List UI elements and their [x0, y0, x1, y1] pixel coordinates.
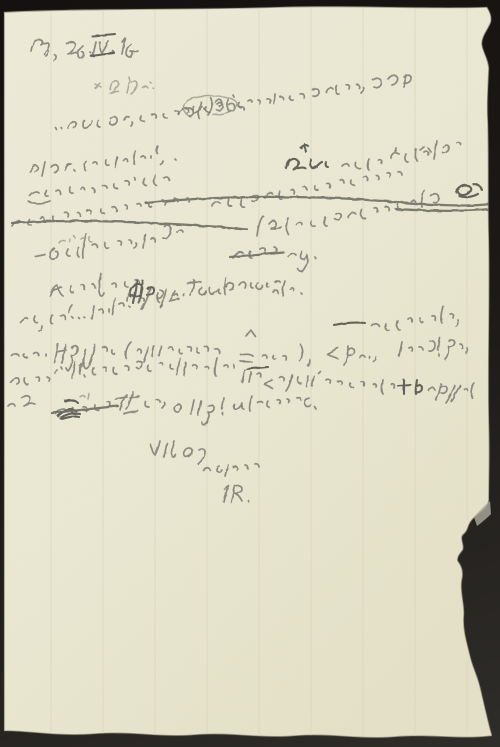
photograph-of-handwritten-note [0, 0, 500, 747]
note-svg [0, 0, 500, 747]
